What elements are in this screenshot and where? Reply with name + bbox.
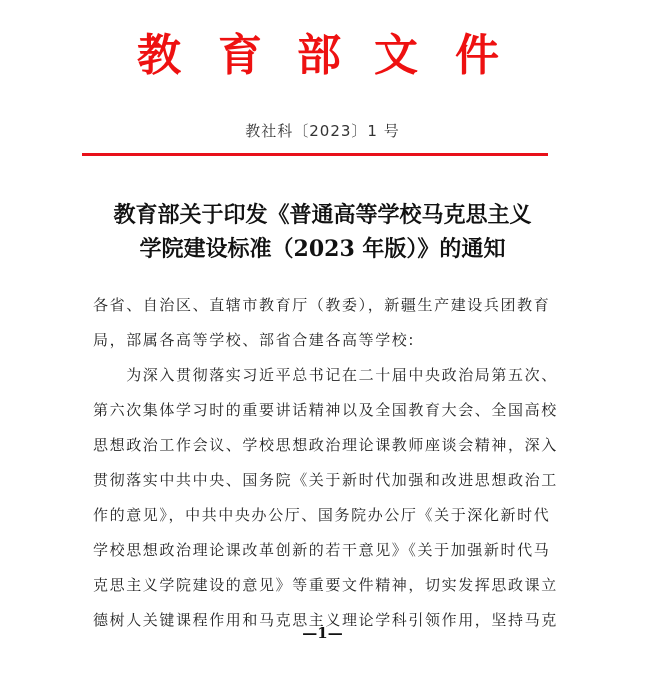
masthead-char: 部 — [297, 26, 341, 86]
body-line: 为深入贯彻落实习近平总书记在二十届中央政治局第五次、 — [93, 358, 553, 393]
masthead-char: 文 — [374, 26, 418, 86]
body-line: 第六次集体学习时的重要讲话精神以及全国教育大会、全国高校 — [93, 393, 553, 428]
document-number: 教社科〔2023〕1 号 — [0, 120, 645, 141]
title-line: 学院建设标准（2023 年版）》的通知 — [0, 232, 645, 266]
document-body: 各省、自治区、直辖市教育厅（教委），新疆生产建设兵团教育 局，部属各高等学校、部… — [93, 288, 553, 638]
title-line: 教育部关于印发《普通高等学校马克思主义 — [0, 198, 645, 232]
body-line: 贯彻落实中共中央、国务院《关于新时代加强和改进思想政治工 — [93, 463, 553, 498]
masthead-char: 育 — [218, 26, 262, 86]
masthead-char: 教 — [137, 26, 181, 86]
masthead: 教 育 部 文 件 — [0, 26, 645, 86]
document-title: 教育部关于印发《普通高等学校马克思主义 学院建设标准（2023 年版）》的通知 — [0, 198, 645, 266]
body-line: 学校思想政治理论课改革创新的若干意见》《关于加强新时代马 — [93, 533, 553, 568]
body-line: 局，部属各高等学校、部省合建各高等学校: — [93, 323, 553, 358]
body-line: 克思主义学院建设的意见》等重要文件精神，切实发挥思政课立 — [93, 568, 553, 603]
body-line: 思想政治工作会议、学校思想政治理论课教师座谈会精神，深入 — [93, 428, 553, 463]
masthead-char: 件 — [455, 26, 499, 86]
red-divider-rule — [82, 153, 548, 156]
body-line: 各省、自治区、直辖市教育厅（教委），新疆生产建设兵团教育 — [93, 288, 553, 323]
page-number: —1— — [0, 624, 645, 642]
body-line: 作的意见》，中共中央办公厅、国务院办公厅《关于深化新时代 — [93, 498, 553, 533]
